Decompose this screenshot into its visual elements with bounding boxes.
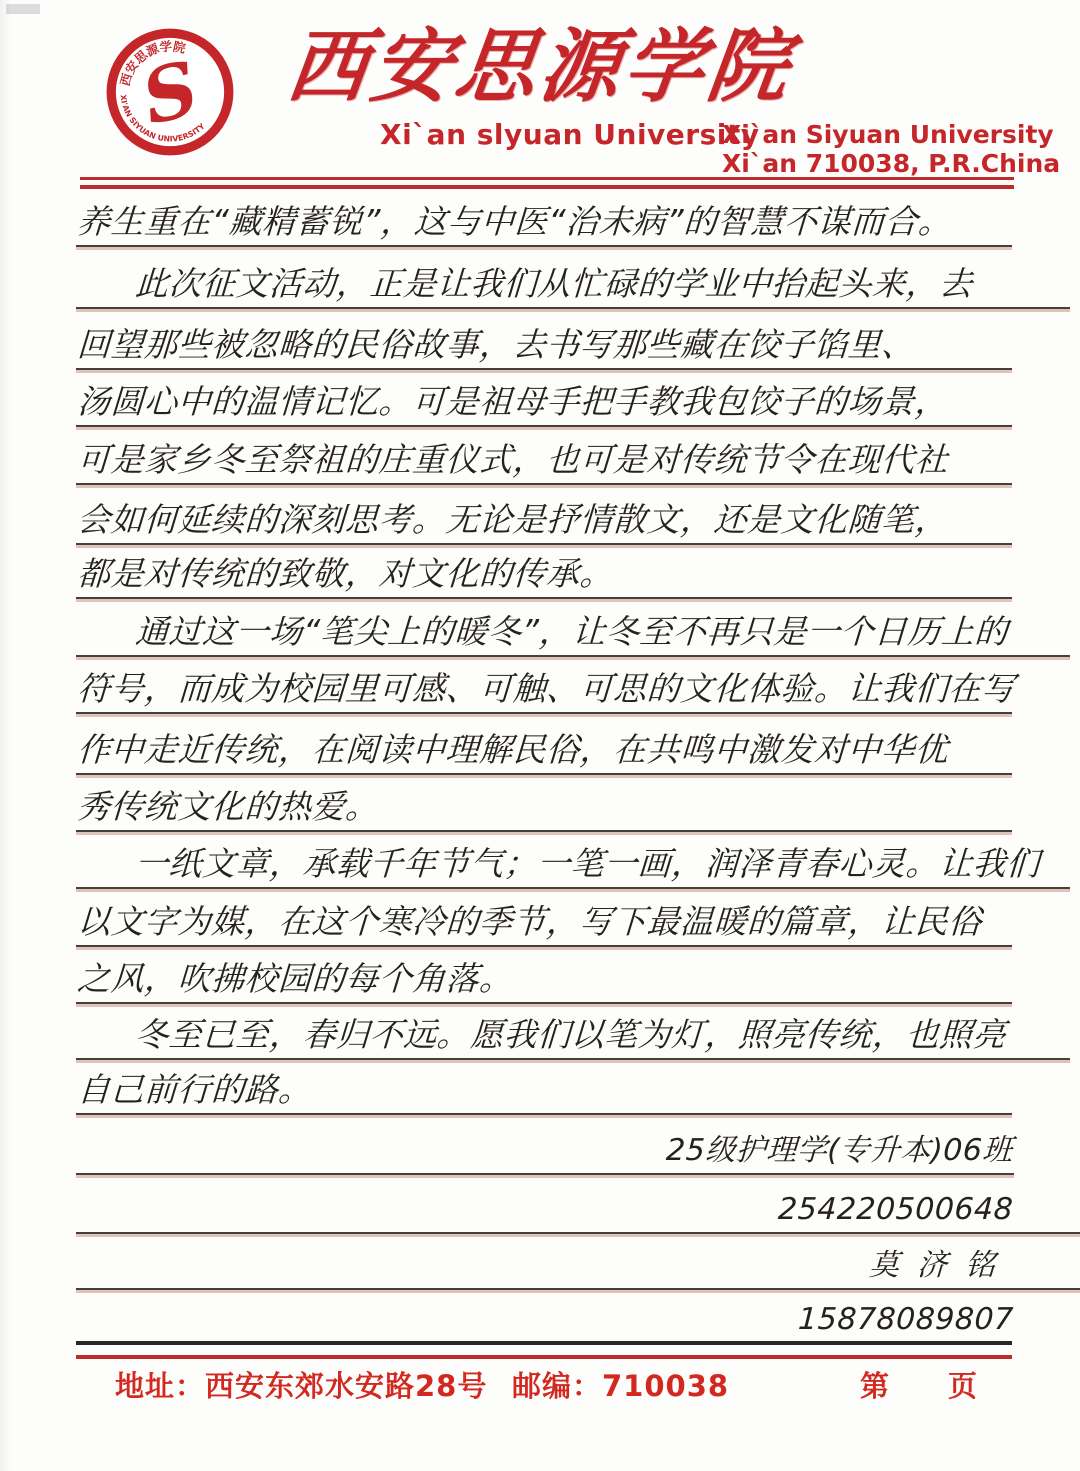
signature-student-id-line: 254220500648 [76, 1176, 1080, 1234]
handwriting-text: 汤圆心中的温情记忆。可是祖母手把手教我包饺子的场景， [76, 385, 949, 425]
footer-address: 地址：西安东郊水安路28号 [115, 1364, 487, 1405]
handwriting-text: 之风，吹拂校园的每个角落。 [76, 962, 514, 1002]
handwriting-line: 秀传统文化的热爱。 [76, 774, 1012, 832]
handwriting-line: 可是家乡冬至祭祖的庄重仪式，也可是对传统节令在现代社 [76, 427, 1012, 485]
handwriting-line: 一纸文章，承载千年节气；一笔一画，润泽青春心灵。让我们 [76, 831, 1070, 889]
signature-class-line: 25级护理学(专升本)06班 [76, 1117, 1014, 1175]
signature-phone-line: 15878089807 [76, 1286, 1080, 1342]
footer-divider [76, 1341, 1012, 1359]
handwriting-line: 作中走近传统，在阅读中理解民俗，在共鸣中激发对中华优 [76, 717, 1012, 775]
handwriting-text: 符号，而成为校园里可感、可触、可思的文化体验。让我们在写 [76, 672, 1016, 712]
handwriting-line: 会如何延续的深刻思考。无论是抒情散文，还是文化随笔， [76, 487, 1012, 545]
handwriting-text: 养生重在“藏精蓄锐”，这与中医“治未病”的智慧不谋而合。 [76, 205, 952, 245]
handwriting-text: 可是家乡冬至祭祖的庄重仪式，也可是对传统节令在现代社 [76, 443, 949, 483]
handwriting-text: 回望那些被忽略的民俗故事，去书写那些藏在饺子馅里、 [76, 328, 916, 368]
signature-class-text: 25级护理学(专升本)06班 [665, 1136, 1014, 1173]
handwriting-line: 冬至已至，春归不远。愿我们以笔为灯，照亮传统，也照亮 [76, 1002, 1070, 1060]
handwriting-line: 符号，而成为校园里可感、可触、可思的文化体验。让我们在写 [76, 656, 1012, 714]
handwriting-line: 都是对传统的致敬，对文化的传承。 [76, 541, 1012, 599]
handwriting-line: 自己前行的路。 [76, 1057, 1012, 1115]
handwriting-line: 以文字为媒，在这个寒冷的季节，写下最温暖的篇章，让民俗 [76, 889, 1012, 947]
handwriting-line: 之风，吹拂校园的每个角落。 [76, 946, 1012, 1004]
handwriting-text: 通过这一场“笔尖上的暖冬”，让冬至不再只是一个日历上的 [134, 615, 1009, 655]
scan-edge-shade [0, 0, 12, 1471]
contact-line-1: Xi`an Siyuan University [722, 120, 1060, 149]
handwriting-line: 此次征文活动，正是让我们从忙碌的学业中抬起头来，去 [76, 251, 1070, 309]
handwriting-text: 会如何延续的深刻思考。无论是抒情散文，还是文化随笔， [76, 503, 949, 543]
handwriting-text: 自己前行的路。 [76, 1073, 313, 1113]
signature-name-text: 莫济铭 [868, 1251, 1014, 1288]
signature-student-id-text: 254220500648 [777, 1195, 1014, 1232]
university-subtitle-en: Xi`an slyuan University [380, 118, 760, 151]
footer-page-label-left: 第 [860, 1364, 890, 1405]
handwriting-line: 回望那些被忽略的民俗故事，去书写那些藏在饺子馅里、 [76, 312, 1012, 370]
footer-postcode: 邮编：710038 [512, 1364, 729, 1405]
university-title-calligraphy: 西安思源学院 [283, 22, 798, 110]
handwriting-line: 汤圆心中的温情记忆。可是祖母手把手教我包饺子的场景， [76, 369, 1012, 427]
header-contact-block: Xi`an Siyuan University Xi`an 710038, P.… [722, 120, 1060, 178]
handwriting-text: 以文字为媒，在这个寒冷的季节，写下最温暖的篇章，让民俗 [76, 905, 983, 945]
header-divider [80, 177, 1014, 189]
signature-phone-text: 15878089807 [797, 1305, 1014, 1342]
handwriting-text: 作中走近传统，在阅读中理解民俗，在共鸣中激发对中华优 [76, 733, 949, 773]
signature-name-line: 莫济铭 [76, 1232, 1080, 1290]
university-logo: 西安思源学院 XI'AN SIYUAN UNIVERSITY S [104, 26, 236, 158]
handwriting-text: 冬至已至，春归不远。愿我们以笔为灯，照亮传统，也照亮 [134, 1018, 1007, 1058]
handwriting-text: 一纸文章，承载千年节气；一笔一画，润泽青春心灵。让我们 [134, 847, 1041, 887]
handwriting-text: 此次征文活动，正是让我们从忙碌的学业中抬起头来，去 [134, 267, 974, 307]
handwriting-line: 通过这一场“笔尖上的暖冬”，让冬至不再只是一个日历上的 [76, 599, 1070, 657]
handwriting-text: 秀传统文化的热爱。 [76, 790, 380, 830]
footer-page-label-right: 页 [948, 1364, 978, 1405]
contact-line-2: Xi`an 710038, P.R.China [722, 149, 1060, 178]
handwriting-text: 都是对传统的致敬，对文化的传承。 [76, 557, 614, 597]
handwriting-line: 养生重在“藏精蓄锐”，这与中医“治未病”的智慧不谋而合。 [76, 189, 1012, 247]
